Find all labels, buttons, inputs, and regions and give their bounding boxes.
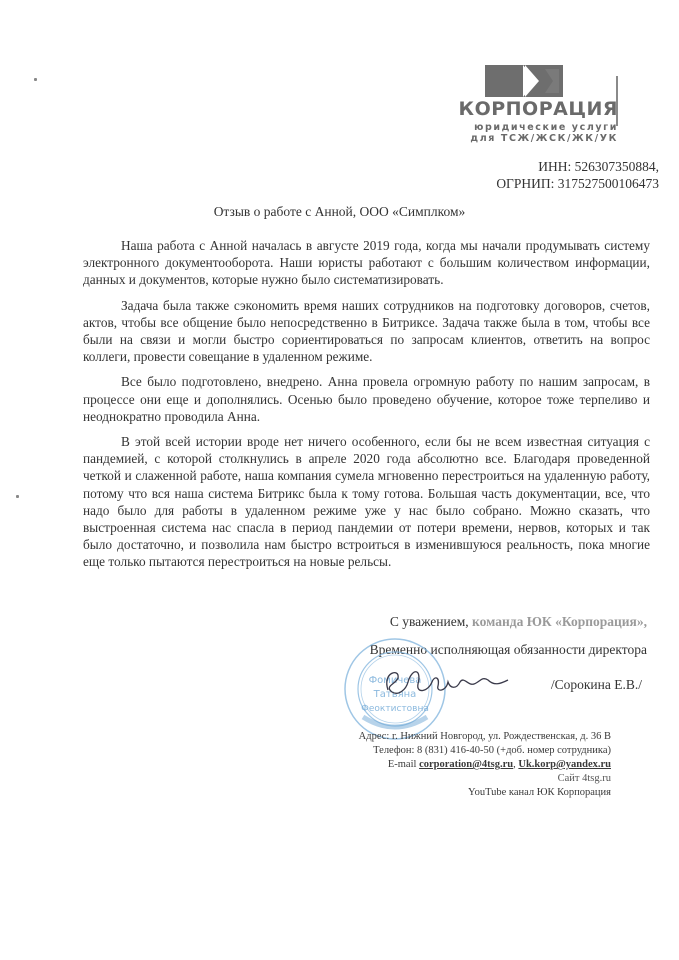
contact-info: Адрес: г. Нижний Новгород, ул. Рождестве… xyxy=(359,730,611,800)
inn: ИНН: 526307350884, xyxy=(496,158,659,175)
closing-team: команда ЮК «Корпорация», xyxy=(469,614,647,629)
email-line: E-mail corporation@4tsg.ru, Uk.korp@yand… xyxy=(359,758,611,772)
company-requisites: ИНН: 526307350884, ОГРНИП: 3175275001064… xyxy=(496,158,659,192)
company-name: КОРПОРАЦИЯ xyxy=(448,98,618,120)
youtube-channel: YouTube канал ЮК Корпорация xyxy=(359,786,611,800)
signer-name: /Сорокина Е.В./ xyxy=(551,677,642,693)
company-tagline-2: для ТСЖ/ЖСК/ЖК/УК xyxy=(448,133,618,144)
phone: Телефон: 8 (831) 416-40-50 (+доб. номер … xyxy=(359,744,611,758)
website: Сайт 4tsg.ru xyxy=(359,772,611,786)
letter-body: Наша работа с Анной началась в августе 2… xyxy=(83,237,650,579)
paragraph: Все было подготовлено, внедрено. Анна пр… xyxy=(83,373,650,425)
scan-speck xyxy=(34,78,37,81)
svg-text:Феоктистовна: Феоктистовна xyxy=(361,704,429,714)
closing-line: С уважением, команда ЮК «Корпорация», xyxy=(390,614,647,630)
address: Адрес: г. Нижний Новгород, ул. Рождестве… xyxy=(359,730,611,744)
paragraph: Задача была также сэкономить время наших… xyxy=(83,297,650,366)
company-tagline-1: юридические услуги xyxy=(448,122,618,133)
email-link-corporation[interactable]: corporation@4tsg.ru xyxy=(419,759,513,770)
company-logo: КОРПОРАЦИЯ юридические услуги для ТСЖ/ЖС… xyxy=(478,62,618,142)
ogrnip: ОГРНИП: 317527500106473 xyxy=(496,175,659,192)
email-link-ukkorp[interactable]: Uk.korp@yandex.ru xyxy=(518,759,611,770)
scan-speck xyxy=(16,495,19,498)
paragraph: В этой всей истории вроде нет ничего осо… xyxy=(83,433,650,571)
document-title: Отзыв о работе с Анной, ООО «Симплком» xyxy=(0,204,679,220)
closing-prefix: С уважением, xyxy=(390,614,469,629)
paragraph: Наша работа с Анной началась в августе 2… xyxy=(83,237,650,289)
header-divider xyxy=(616,76,618,126)
logo-k-icon xyxy=(485,65,563,97)
handwritten-signature xyxy=(378,662,518,702)
